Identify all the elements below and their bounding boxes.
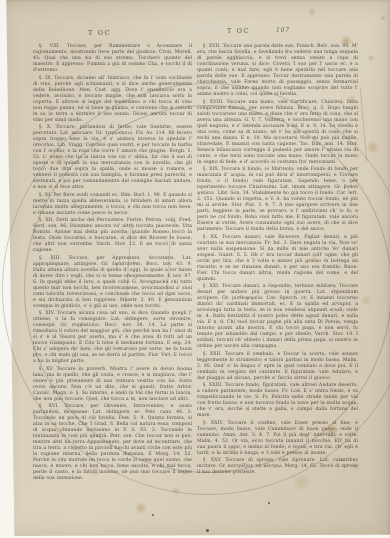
scanned-page: T OC T OC 107 §. VIII. Toccare, per Ramm… xyxy=(0,0,390,538)
paragraph-xiv: §. XIV. Toccare alcuna cosa ad uno, si d… xyxy=(33,311,192,365)
paragraph-xxiv: §. XXIV. Toccare il confine, vale Esser … xyxy=(197,421,358,457)
page-number: 107 xyxy=(276,27,290,34)
paragraph-xvii: §. XVII. Toccare una parola delle sue, F… xyxy=(197,44,358,98)
paragraph-xv: §. XV. Toccare in proverb. Mostra l' ave… xyxy=(33,367,192,403)
paragraph-xviii: §. XVIII. Toccare una mano, vale Certifi… xyxy=(197,100,358,166)
running-head-right: T OC xyxy=(227,27,250,35)
paragraph-xvi: §. XVI. Toccare, per Obvenire, Intravven… xyxy=(33,404,192,482)
paragraph-xi: §. XI. Per Bere avidi comandi ec. Rim. B… xyxy=(33,193,192,217)
paragraph-x: §. X. Toccare, parlandosi di ferite, val… xyxy=(33,125,192,191)
paragraph-xxiii: §. XXIII. Toccare fondo, figuratam. vale… xyxy=(197,383,358,419)
paragraph-xii: §. XII. Detti anche del Percuotere, Feri… xyxy=(33,218,192,254)
paragraph-xxii: §. XXII. Toccare il cembalo, e Toccar la… xyxy=(197,352,358,382)
paragraph-viii: §. VIII. Toccare, per Rammentare o Accen… xyxy=(33,44,192,74)
paragraph-xix: §. XIX. Toccare il fondo, (o Mariuola; o… xyxy=(197,167,358,233)
paragraph-xxv: §. XXV. Toccare di sprone, vale Spronare… xyxy=(197,458,358,476)
running-head-left: T OC xyxy=(88,29,111,37)
paragraph-ix: §. IX. Toccare, diciamo all' Imbriaco, c… xyxy=(33,76,192,124)
text-column-left: §. VIII. Toccare, per Rammentare o Accen… xyxy=(33,44,192,484)
paragraph-xiii: §. XIII. Toccare, per Appressare, Accost… xyxy=(33,256,192,310)
paragraph-xxi: §. XXI. Toccare danari, a rispondio, ter… xyxy=(197,284,358,350)
text-column-right: §. XVII. Toccare una parola delle sue, F… xyxy=(197,44,358,478)
paragraph-xx: §. XX. Toccare danari, vale Ricevere, Pi… xyxy=(197,235,358,283)
